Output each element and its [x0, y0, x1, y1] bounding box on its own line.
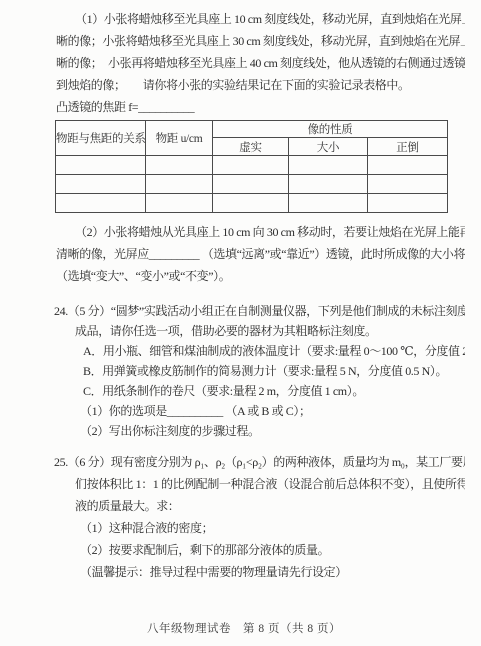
subheader-orientation: 正倒 [368, 138, 448, 156]
table-cell-empty [56, 156, 146, 175]
table-cell-empty [368, 175, 448, 194]
col-header-image-property: 像的性质 [213, 121, 448, 138]
exam-content: （1）小张将蜡烛移至光具座上 10 cm 刻度线处，移动光屏，直到烛焰在光屏上成… [56, 8, 465, 583]
q25-stem-line-3: 液的质量最大。求： [56, 495, 465, 517]
q24-option-a: A．用小瓶、细管和煤油制成的液体温度计（要求:量程 0～100 ℃，分度值 2 … [56, 341, 465, 361]
q24-subquestion-1: （1）你的选项是__________ （A 或 B 或 C）； [56, 401, 465, 421]
question-25: 25.（6 分）现有密度分别为 ρ₁、ρ₂（ρ₁<ρ₂）的两种液体，质量均为 m… [56, 451, 465, 583]
table-cell-empty [56, 175, 146, 194]
col-header-object-distance: 物距 u/cm [146, 121, 213, 156]
q23-part1-line-2: 晰的像；小张将蜡烛移至光具座上 30 cm 刻度线处，移动光屏，直到烛焰在光屏上… [56, 30, 465, 52]
q25-hint-line: （温馨提示：推导过程中需要的物理量请先行设定） [56, 561, 465, 583]
q23-part1-line-4: 到烛焰的像； 请你将小张的实验结果记在下面的实验记录表格中。 [56, 74, 465, 96]
subheader-virtual-real: 虚实 [213, 138, 289, 156]
q25-subquestion-1: （1）这种混合液的密度； [56, 517, 465, 539]
table-row [56, 194, 448, 213]
table-cell-empty [289, 156, 368, 175]
q25-stem-line-1: 25.（6 分）现有密度分别为 ρ₁、ρ₂（ρ₁<ρ₂）的两种液体，质量均为 m… [54, 451, 465, 473]
experiment-record-table: 物距与焦距的关系 物距 u/cm 像的性质 虚实 大小 正倒 [55, 120, 448, 213]
table-cell-empty [289, 194, 368, 213]
exam-page: （1）小张将蜡烛移至光具座上 10 cm 刻度线处，移动光屏，直到烛焰在光屏上成… [0, 0, 481, 646]
q24-option-b: B．用弹簧或橡皮筋制作的简易测力计（要求:量程 5 N，分度值 0.5 N）。 [56, 361, 465, 381]
q23-part2-line-3: （选填“变大”、“变小”或“不变”）。 [56, 265, 465, 287]
table-row [56, 156, 448, 175]
q24-option-c: C．用纸条制作的卷尺（要求:量程 2 m，分度值 1 cm）。 [56, 381, 465, 401]
q25-subquestion-2: （2）按要求配制后，剩下的那部分液体的质量。 [56, 539, 465, 561]
q23-part1-line-3: 晰的像； 小张再将蜡烛移至光具座上 40 cm 刻度线处，他从透镜的右侧通过透镜… [56, 52, 465, 74]
table-cell-empty [368, 156, 448, 175]
q23-part1-line-1: （1）小张将蜡烛移至光具座上 10 cm 刻度线处，移动光屏，直到烛焰在光屏上成… [56, 8, 465, 30]
page-footer: 八年级物理试卷 第 8 页（共 8 页） [147, 620, 341, 636]
table-row [56, 175, 448, 194]
q23-part2-line-1: （2）小张将蜡烛从光具座上 10 cm 向 30 cm 移动时，若要让烛焰在光屏… [56, 221, 465, 243]
table-cell-empty [289, 175, 368, 194]
table-cell-empty [213, 175, 289, 194]
subheader-size: 大小 [289, 138, 368, 156]
q24-stem-line-1: 24.（5 分）“圆梦”实践活动小组正在自制测量仪器，下列是他们制成的未标注刻度… [54, 301, 465, 321]
q24-stem-line-2: 成品，请你任选一项，借助必要的器材为其粗略标注刻度。 [56, 321, 465, 341]
table-header-row-1: 物距与焦距的关系 物距 u/cm 像的性质 [56, 121, 448, 138]
focal-length-blank-line: 凸透镜的焦距 f=__________ [56, 96, 465, 118]
table-cell-empty [146, 156, 213, 175]
q23-part2-line-2: 清晰的像，光屏应_________ （选填“远离”或“靠近”）透镜，此时所成像的… [56, 243, 465, 265]
table-cell-empty [368, 194, 448, 213]
q24-subquestion-2: （2）写出你标注刻度的步骤过程。 [56, 421, 465, 441]
question-24: 24.（5 分）“圆梦”实践活动小组正在自制测量仪器，下列是他们制成的未标注刻度… [56, 301, 465, 441]
table-cell-empty [146, 175, 213, 194]
q25-stem-line-2: 们按体积比 1：1 的比例配制一种混合液（设混合前后总体积不变），且使所得混合 [56, 473, 465, 495]
table-cell-empty [146, 194, 213, 213]
col-header-relation: 物距与焦距的关系 [56, 121, 146, 156]
q23-part2: （2）小张将蜡烛从光具座上 10 cm 向 30 cm 移动时，若要让烛焰在光屏… [56, 221, 465, 287]
table-cell-empty [213, 194, 289, 213]
table-cell-empty [56, 194, 146, 213]
table-cell-empty [213, 156, 289, 175]
